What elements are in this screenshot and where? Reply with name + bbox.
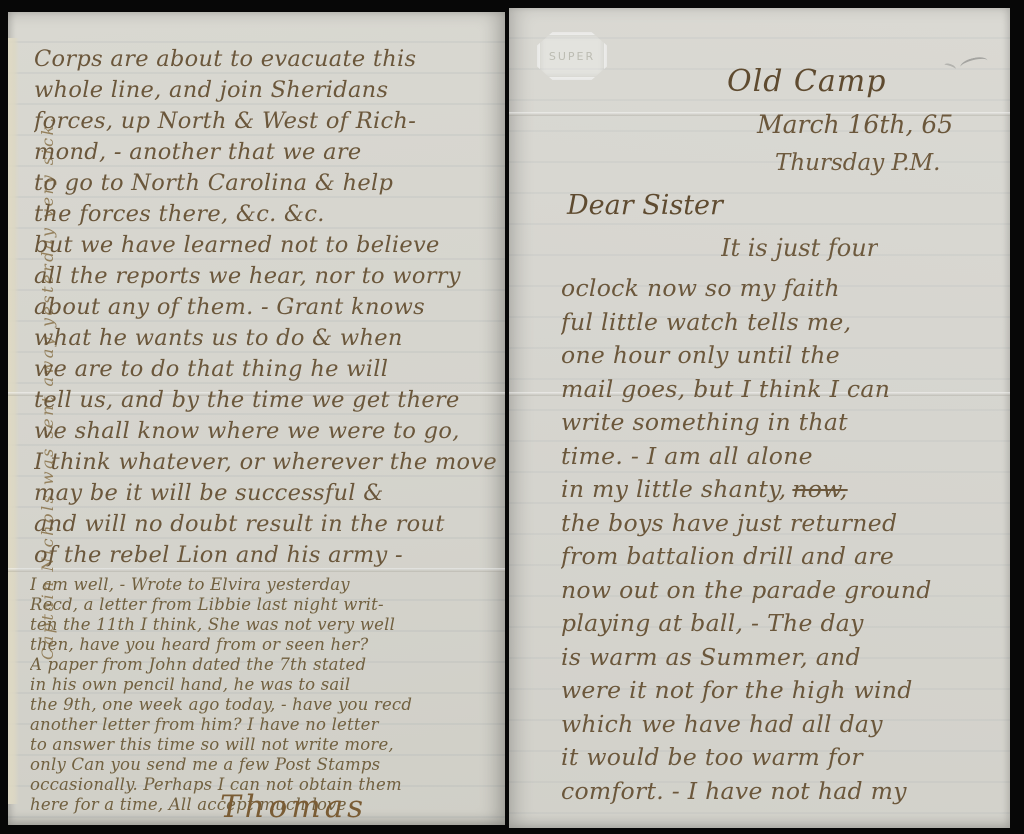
left-page-body: Corps are about to evacuate thiswhole li…: [34, 44, 500, 571]
letter-line: it would be too warm for: [561, 741, 1001, 775]
letter-line: comfort. - I have not had my: [561, 775, 1001, 809]
letter-line: the 9th, one week ago today, - have you …: [30, 695, 504, 715]
letter-line: only Can you send me a few Post Stamps: [30, 755, 504, 775]
letter-line: whole line, and join Sheridans: [34, 75, 500, 106]
signature: Thomas: [220, 789, 367, 825]
letter-line: ten the 11th I think, She was not very w…: [30, 615, 504, 635]
letter-line: were it not for the high wind: [561, 674, 1001, 708]
letter-line: is warm as Summer, and: [561, 641, 1001, 675]
letter-scan: Captain Nichols was sent away yesterday …: [0, 0, 1024, 834]
letter-page-left: Captain Nichols was sent away yesterday …: [8, 12, 505, 825]
embossed-seal-text: SUPER: [549, 50, 595, 63]
letter-line: from battalion drill and are: [561, 540, 1001, 574]
letter-line: time. - I am all alone: [561, 440, 1001, 474]
letter-line: another letter from him? I have no lette…: [30, 715, 504, 735]
letter-heading-date: March 16th, 65: [757, 110, 953, 139]
letter-line: but we have learned not to believe: [34, 230, 500, 261]
letter-line: now out on the parade ground: [561, 574, 1001, 608]
letter-line: ful little watch tells me,: [561, 306, 1001, 340]
letter-line: which we have had all day: [561, 708, 1001, 742]
letter-line: oclock now so my faith: [561, 272, 1001, 306]
letter-line: all the reports we hear, nor to worry: [34, 261, 500, 292]
letter-line: It is just four: [721, 234, 878, 262]
letter-line: write something in that: [561, 406, 1001, 440]
letter-line: mond, - another that we are: [34, 137, 500, 168]
right-page-body: oclock now so my faithful little watch t…: [561, 272, 1001, 808]
letter-line: to answer this time so will not write mo…: [30, 735, 504, 755]
letter-line: tell us, and by the time we get there: [34, 385, 500, 416]
letter-line: I am well, - Wrote to Elvira yesterday: [30, 575, 504, 595]
letter-line: Recd, a letter from Libbie last night wr…: [30, 595, 504, 615]
letter-line: A paper from John dated the 7th stated: [30, 655, 504, 675]
letter-line: we shall know where we were to go,: [34, 416, 500, 447]
letter-heading-day: Thursday P.M.: [775, 150, 941, 176]
struck-word: now,: [792, 475, 847, 503]
letter-line: playing at ball, - The day: [561, 607, 1001, 641]
letter-heading-place: Old Camp: [727, 64, 886, 99]
letter-line: what he wants us to do & when: [34, 323, 500, 354]
letter-line: Corps are about to evacuate this: [34, 44, 500, 75]
letter-line: then, have you heard from or seen her?: [30, 635, 504, 655]
letter-line: may be it will be successful &: [34, 478, 500, 509]
letter-line: about any of them. - Grant knows: [34, 292, 500, 323]
left-page-body-small: I am well, - Wrote to Elvira yesterdayRe…: [30, 575, 504, 815]
letter-line: one hour only until the: [561, 339, 1001, 373]
letter-page-right: SUPER Old Camp March 16th, 65 Thursday P…: [509, 8, 1010, 828]
letter-line: mail goes, but I think I can: [561, 373, 1001, 407]
letter-line: the boys have just returned: [561, 507, 1001, 541]
letter-line: I think whatever, or wherever the move: [34, 447, 500, 478]
letter-line: in his own pencil hand, he was to sail: [30, 675, 504, 695]
embossed-seal: SUPER: [537, 32, 607, 80]
letter-line: forces, up North & West of Rich-: [34, 106, 500, 137]
pencil-mark: [943, 62, 956, 72]
letter-line: of the rebel Lion and his army -: [34, 540, 500, 571]
letter-line: in my little shanty,now,: [561, 473, 1001, 507]
pencil-mark: [959, 55, 989, 73]
letter-line: to go to North Carolina & help: [34, 168, 500, 199]
letter-line: the forces there, &c. &c.: [34, 199, 500, 230]
salutation: Dear Sister: [567, 190, 723, 221]
letter-line: and will no doubt result in the rout: [34, 509, 500, 540]
letter-line: we are to do that thing he will: [34, 354, 500, 385]
